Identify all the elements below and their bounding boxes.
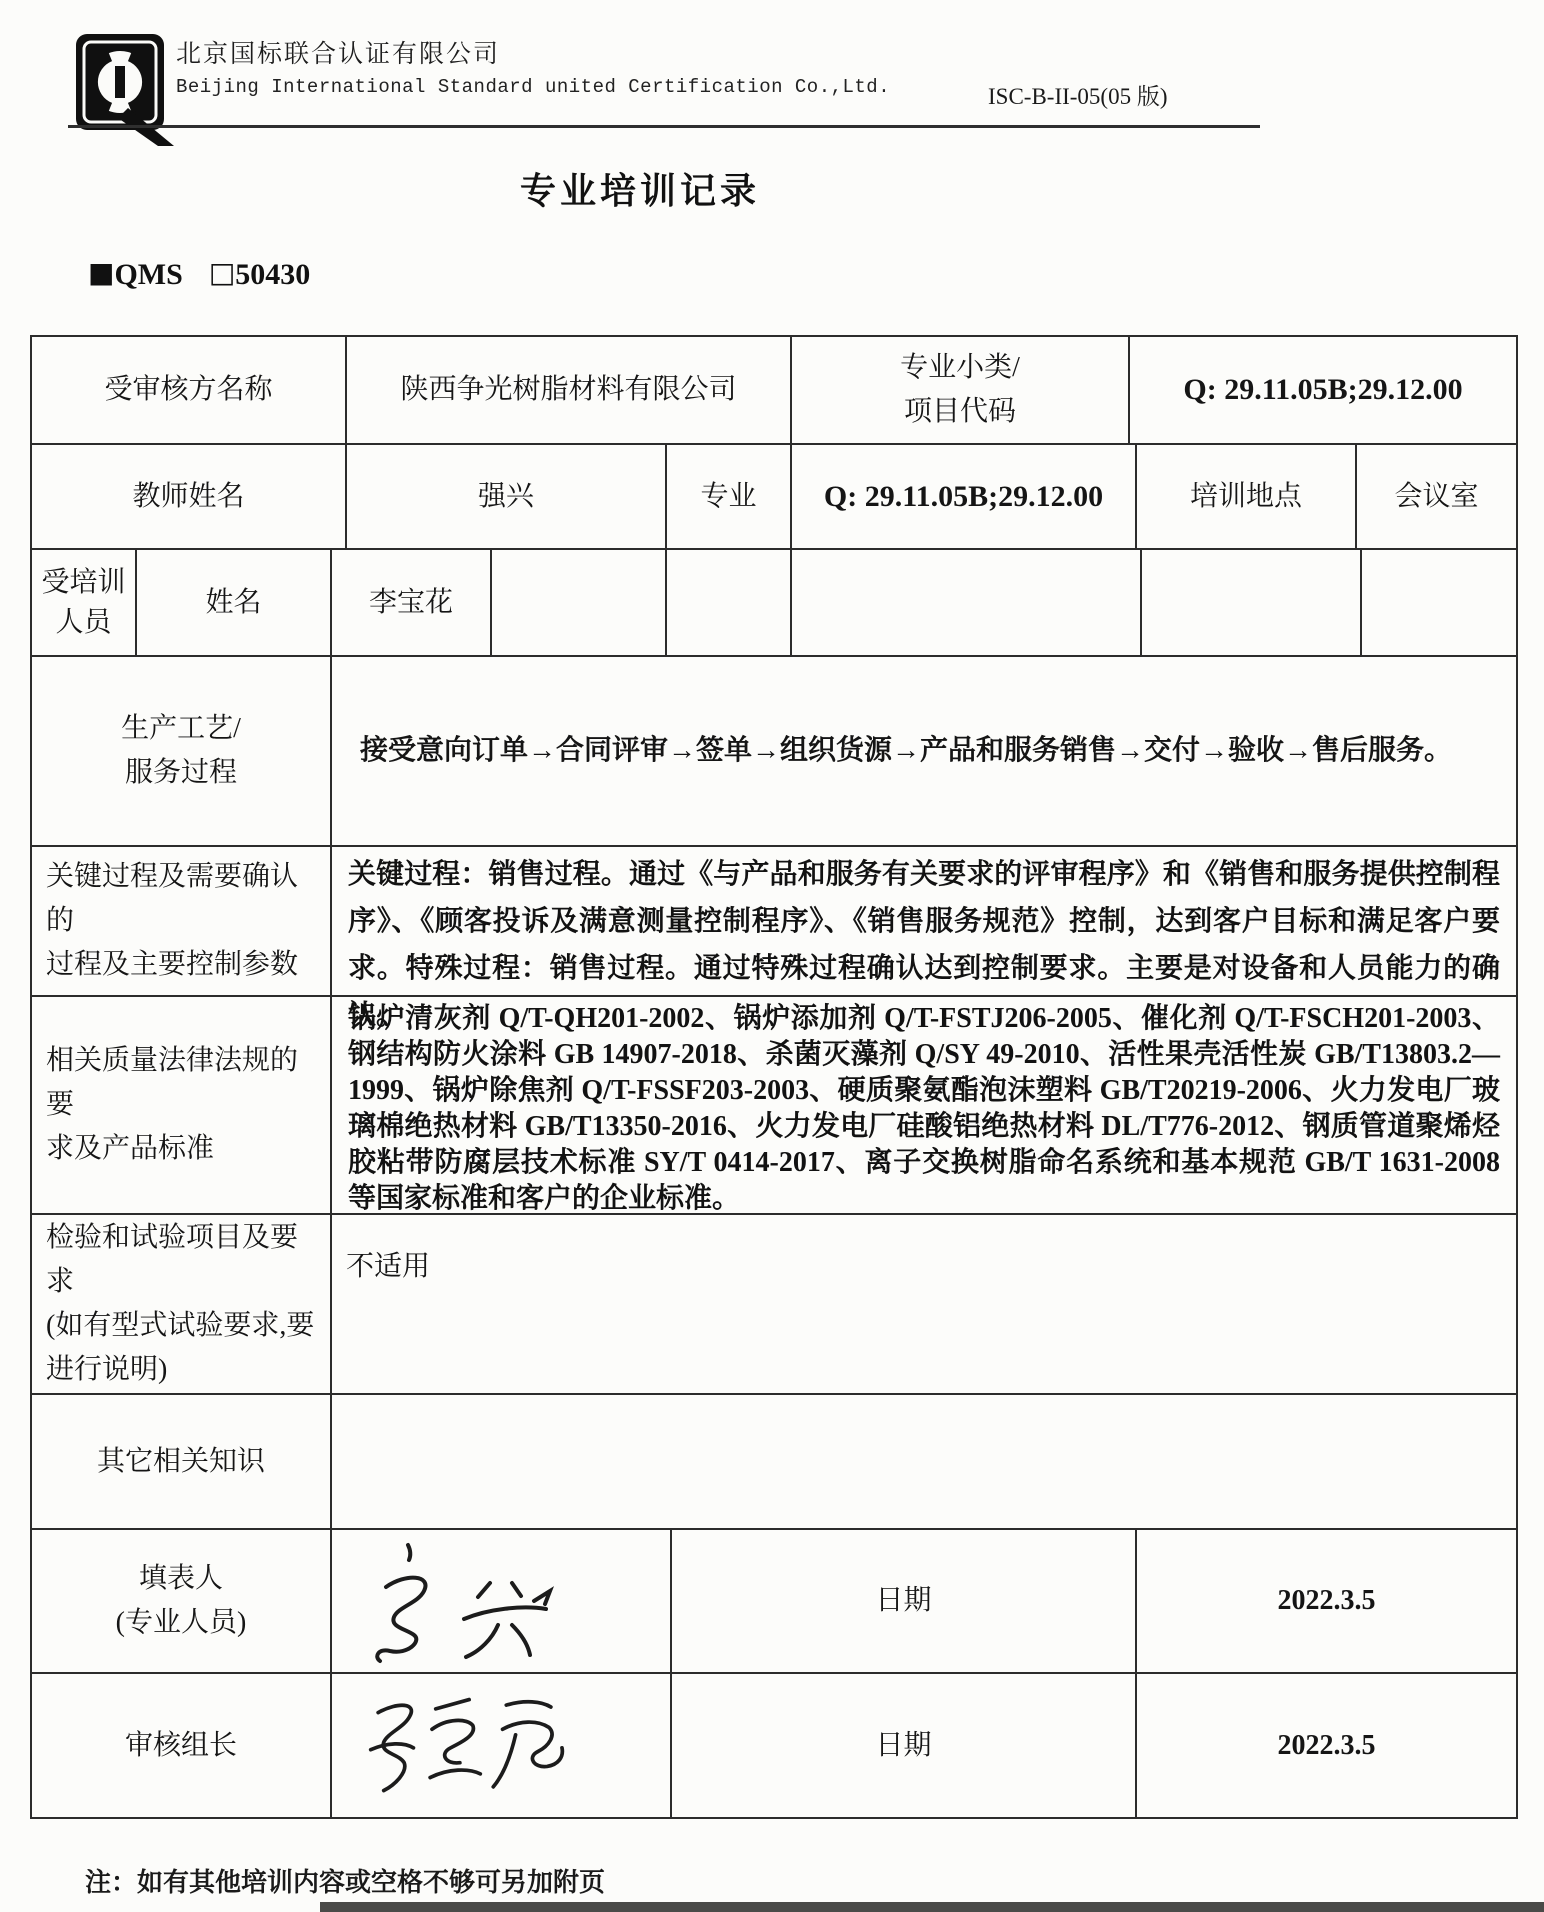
row-preparer: 填表人 (专业人员) 日 [32,1530,1516,1674]
row-teacher: 教师姓名 强兴 专业 Q: 29.11.05B;29.12.00 培训地点 会议… [32,445,1516,550]
preparer-signature-cell [332,1530,672,1672]
location-label: 培训地点 [1190,477,1302,517]
row-key-process: 关键过程及需要确认的 过程及主要控制参数 关键过程：销售过程。通过《与产品和服务… [32,847,1516,997]
trainee-name-value-cell: 李宝花 [332,550,492,655]
preparer-date-value-cell: 2022.3.5 [1137,1530,1516,1672]
company-name-cn: 北京国标联合认证有限公司 [176,34,500,70]
category-value-cell: Q: 29.11.05B;29.12.00 [1130,337,1516,443]
inspection-label-line3: 进行说明) [46,1348,167,1392]
row-other-knowledge: 其它相关知识 [32,1395,1516,1530]
leader-date-label: 日期 [875,1726,931,1766]
qms-label: QMS [114,258,182,291]
other-knowledge-label-cell: 其它相关知识 [32,1395,332,1528]
major-label: 专业 [700,477,756,517]
category-label-line2: 项目代码 [904,390,1016,434]
trainee-label-line1: 受培训 [41,563,125,603]
page-title: 专业培训记录 [380,163,900,214]
inspection-label-line2: (如有型式试验要求,要 [46,1304,314,1348]
major-label-cell: 专业 [667,445,792,548]
major-value-cell: Q: 29.11.05B;29.12.00 [792,445,1137,548]
trainee-name-label: 姓名 [205,583,261,623]
leader-date-value-cell: 2022.3.5 [1137,1674,1516,1817]
other-knowledge-value-cell [332,1395,1516,1528]
preparer-date-label-cell: 日期 [672,1530,1137,1672]
trainee-empty-cell-1 [492,550,667,655]
teacher-label: 教师姓名 [132,477,244,517]
code-label: 50430 [235,258,310,291]
key-process-label-line2: 过程及主要控制参数 [46,943,298,987]
process-label-cell: 生产工艺/ 服务过程 [32,657,332,845]
process-label-line1: 生产工艺/ [121,707,241,751]
company-name-en: Beijing International Standard united Ce… [176,76,890,98]
auditee-value: 陕西争光树脂材料有限公司 [400,370,736,410]
process-label-line2: 服务过程 [125,751,237,795]
key-process-value-cell: 关键过程：销售过程。通过《与产品和服务有关要求的评审程序》和《销售和服务提供控制… [332,847,1516,995]
category-value: Q: 29.11.05B;29.12.00 [1183,370,1462,410]
regulations-label-line1: 相关质量法律法规的要 [46,1039,320,1127]
leader-signature-cell [332,1674,672,1817]
preparer-label-line1: 填表人 [139,1557,223,1601]
regulations-value-cell: 锅炉清灰剂 Q/T-QH201-2002、锅炉添加剂 Q/T-FSTJ206-2… [332,997,1516,1213]
leader-date-label-cell: 日期 [672,1674,1137,1817]
preparer-signature-handwriting [346,1535,586,1667]
row-auditee: 受审核方名称 陕西争光树脂材料有限公司 专业小类/ 项目代码 Q: 29.11.… [32,337,1516,445]
trainee-empty-cell-2 [667,550,792,655]
trainee-name-label-cell: 姓名 [137,550,332,655]
leader-date-value: 2022.3.5 [1278,1726,1376,1766]
row-process: 生产工艺/ 服务过程 接受意向订单→合同评审→签单→组织货源→产品和服务销售→交… [32,657,1516,847]
key-process-label-line1: 关键过程及需要确认的 [46,855,320,943]
auditee-label: 受审核方名称 [104,370,272,410]
trainee-group-label-cell: 受培训 人员 [32,550,137,655]
inspection-label-line1: 检验和试验项目及要求 [46,1216,320,1304]
location-value: 会议室 [1394,477,1478,517]
other-knowledge-label: 其它相关知识 [97,1442,265,1482]
footer-note: 注：如有其他培训内容或空格不够可另加附页 [85,1862,605,1899]
regulations-label-cell: 相关质量法律法规的要 求及产品标准 [32,997,332,1213]
teacher-label-cell: 教师姓名 [32,445,347,548]
header-divider [68,125,1260,128]
category-label-cell: 专业小类/ 项目代码 [792,337,1130,443]
row-trainees: 受培训 人员 姓名 李宝花 [32,550,1516,657]
row-audit-leader: 审核组长 日期 [32,1674,1516,1817]
teacher-value-cell: 强兴 [347,445,667,548]
trainee-empty-cell-5 [1362,550,1516,655]
process-value: 接受意向订单→合同评审→签单→组织货源→产品和服务销售→交付→验收→售后服务。 [346,731,1466,771]
inspection-value-cell: 不适用 [332,1215,1516,1393]
inspection-label-cell: 检验和试验项目及要求 (如有型式试验要求,要 进行说明) [32,1215,332,1393]
scan-edge-artifact [320,1902,1544,1912]
row-regulations: 相关质量法律法规的要 求及产品标准 锅炉清灰剂 Q/T-QH201-2002、锅… [32,997,1516,1215]
key-process-label-cell: 关键过程及需要确认的 过程及主要控制参数 [32,847,332,995]
leader-signature-handwriting [346,1681,596,1811]
regulations-label-line2: 求及产品标准 [46,1127,214,1171]
preparer-date-label: 日期 [875,1581,931,1621]
qms-checkbox-checked-icon: ■ [88,256,114,289]
trainee-label-line2: 人员 [55,603,111,643]
trainee-name-value: 李宝花 [369,583,453,623]
auditee-value-cell: 陕西争光树脂材料有限公司 [347,337,792,443]
training-record-document: 北京国标联合认证有限公司 Beijing International Stand… [0,0,1544,1912]
trainee-empty-cell-4 [1142,550,1362,655]
training-record-table: 受审核方名称 陕西争光树脂材料有限公司 专业小类/ 项目代码 Q: 29.11.… [30,335,1518,1819]
scheme-selection: ■QMS□50430 [88,258,310,292]
location-label-cell: 培训地点 [1137,445,1357,548]
teacher-value: 强兴 [478,477,534,517]
inspection-value: 不适用 [346,1247,430,1287]
preparer-date-value: 2022.3.5 [1278,1581,1376,1621]
regulations-value: 锅炉清灰剂 Q/T-QH201-2002、锅炉添加剂 Q/T-FSTJ206-2… [332,997,1516,1223]
location-value-cell: 会议室 [1357,445,1516,548]
document-code: ISC-B-II-05(05 版) [988,78,1168,111]
major-value: Q: 29.11.05B;29.12.00 [824,477,1103,517]
auditee-label-cell: 受审核方名称 [32,337,347,443]
trainee-empty-cell-3 [792,550,1142,655]
process-value-cell: 接受意向订单→合同评审→签单→组织货源→产品和服务销售→交付→验收→售后服务。 [332,657,1516,845]
category-label-line1: 专业小类/ [900,346,1020,390]
preparer-label-line2: (专业人员) [116,1601,247,1645]
leader-label-cell: 审核组长 [32,1674,332,1817]
row-inspection: 检验和试验项目及要求 (如有型式试验要求,要 进行说明) 不适用 [32,1215,1516,1395]
code-checkbox-unchecked-icon: □ [209,256,235,289]
leader-label: 审核组长 [125,1726,237,1766]
preparer-label-cell: 填表人 (专业人员) [32,1530,332,1672]
